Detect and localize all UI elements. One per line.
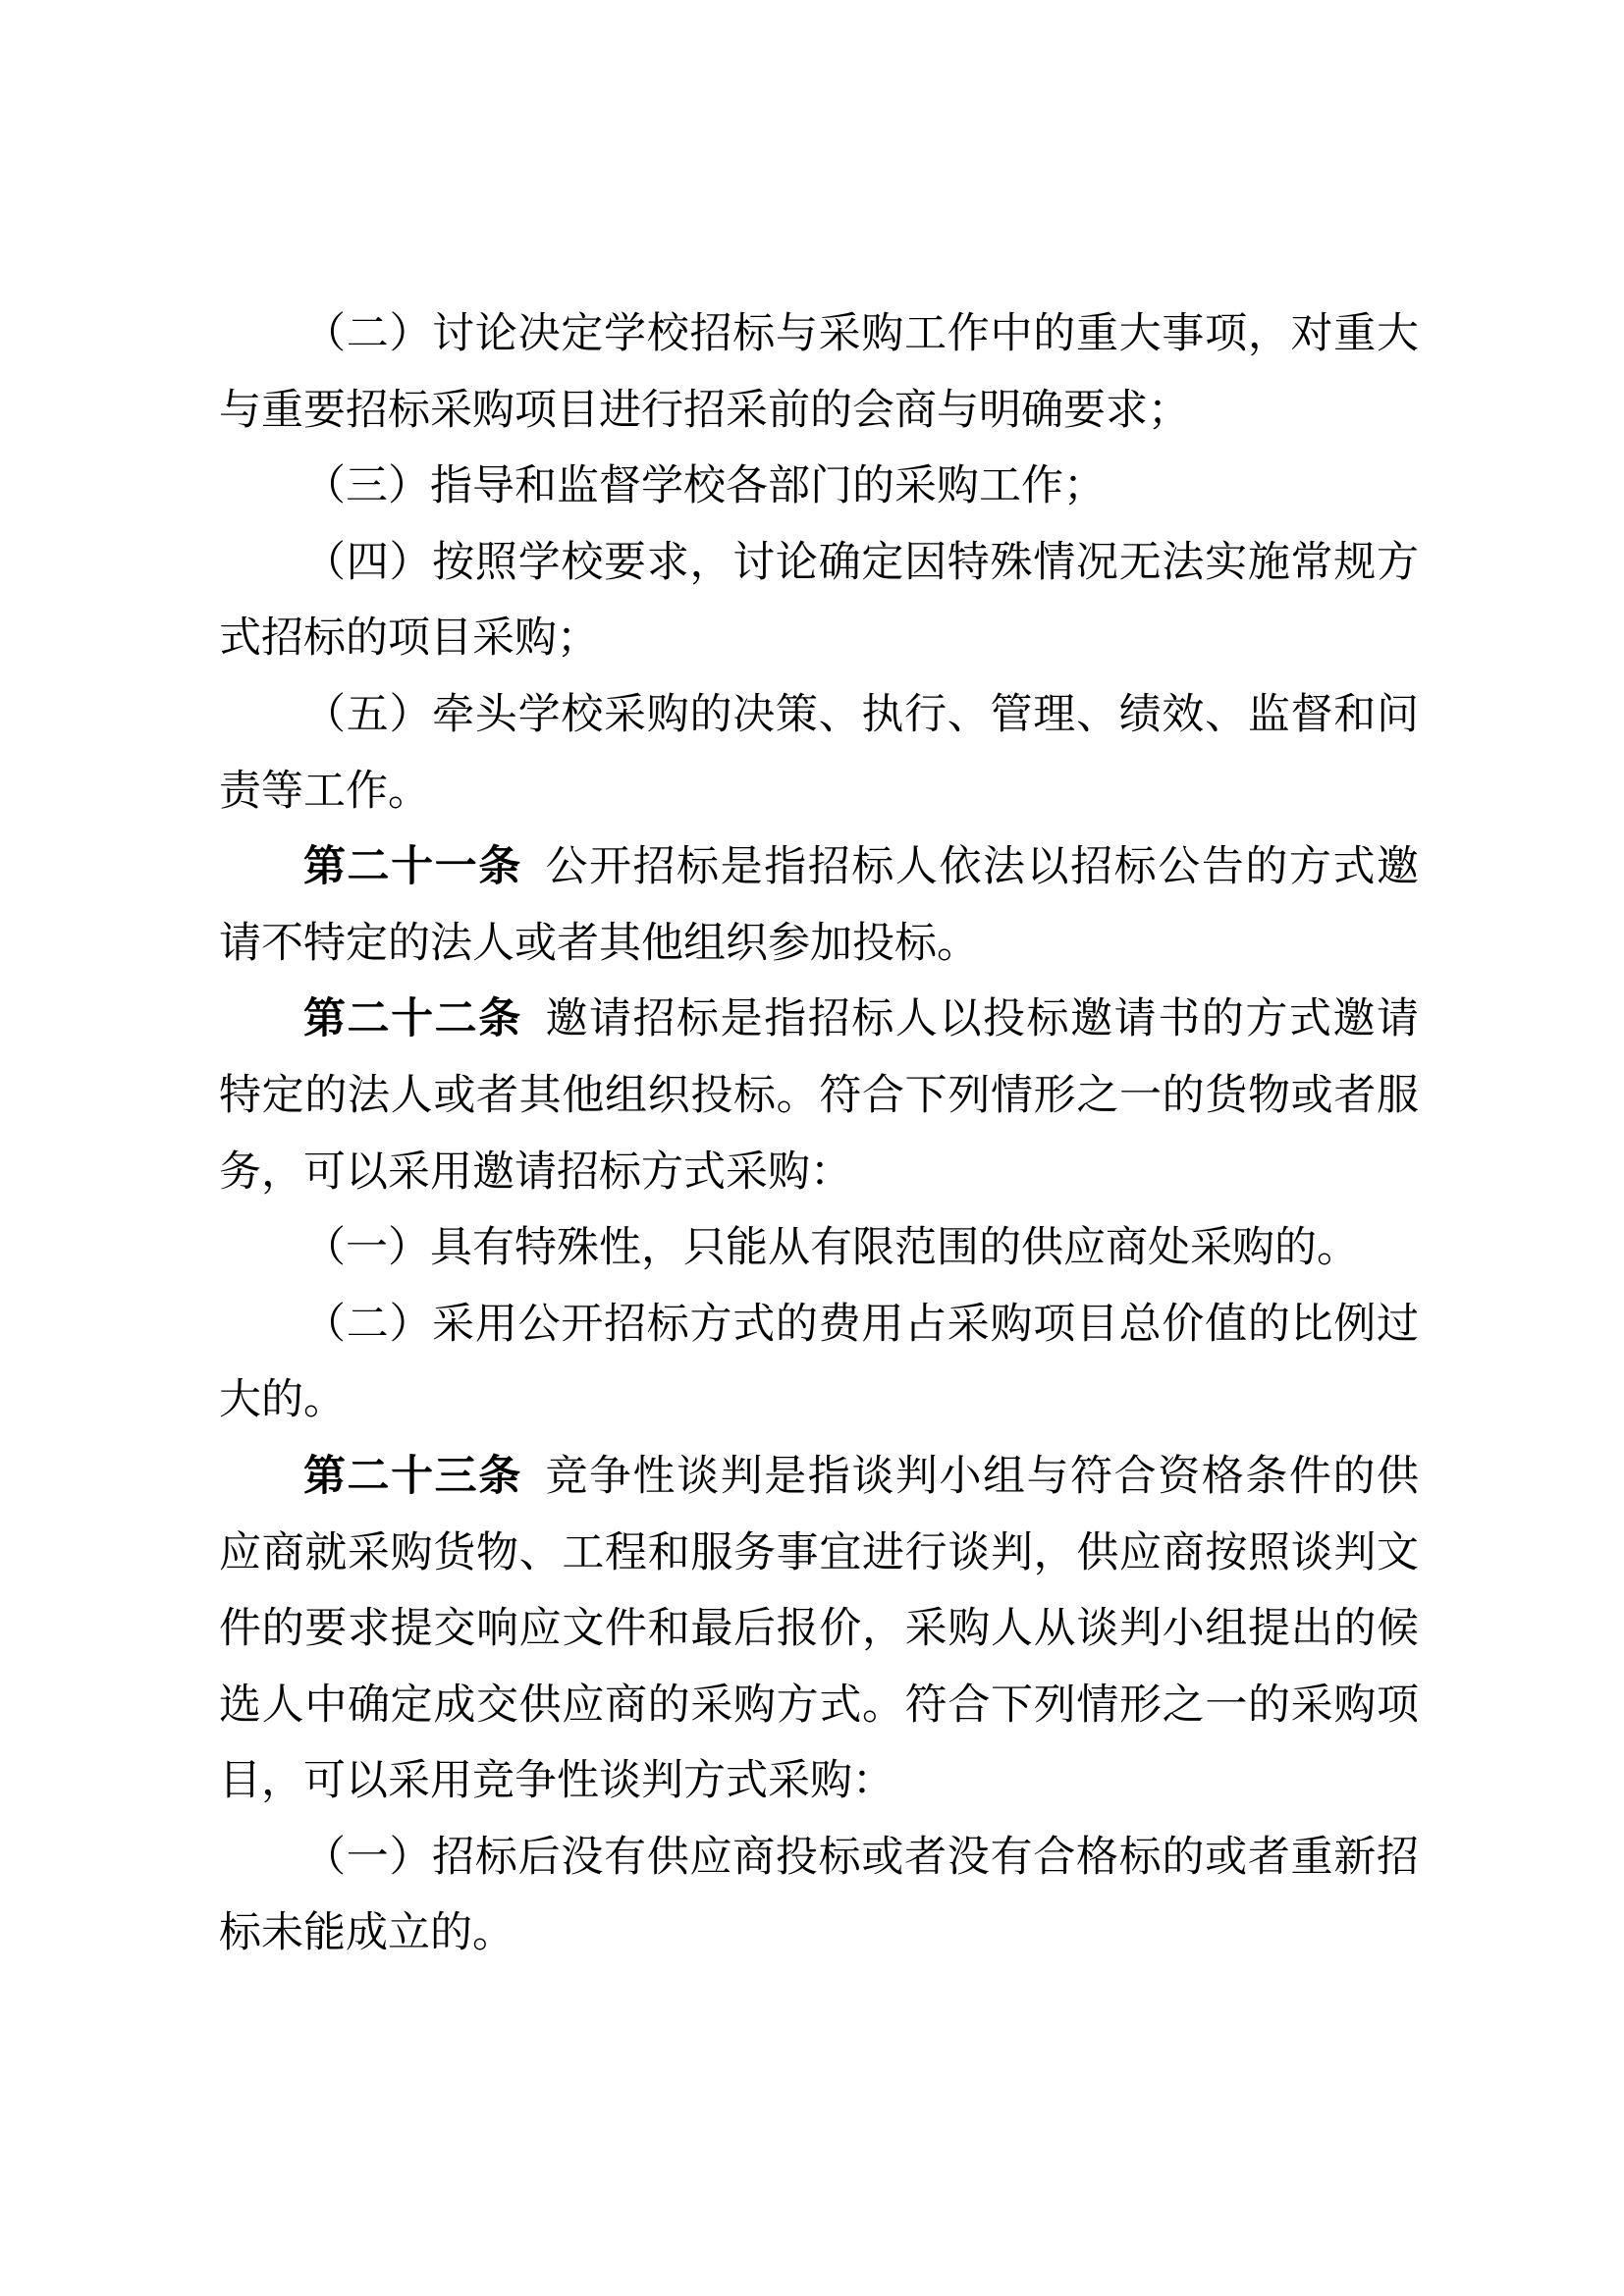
- paragraph: （三）指导和监督学校各部门的采购工作；: [219, 449, 1419, 525]
- paragraph-text: （五）牵头学校采购的决策、执行、管理、绩效、监督和问责等工作。: [219, 692, 1419, 815]
- paragraph: （一）招标后没有供应商投标或者没有合格标的或者重新招标未能成立的。: [219, 1820, 1419, 1972]
- paragraph-text: （二）采用公开招标方式的费用占采购项目总价值的比例过大的。: [219, 1302, 1419, 1424]
- article-number-label: 第二十一条: [303, 844, 522, 890]
- paragraph: （五）牵头学校采购的决策、执行、管理、绩效、监督和问责等工作。: [219, 677, 1419, 829]
- paragraph-text: （三）指导和监督学校各部门的采购工作；: [303, 463, 1106, 509]
- document-page: （二）讨论决定学校招标与采购工作中的重大事项，对重大与重要招标采购项目进行招采前…: [0, 0, 1624, 2296]
- paragraph: 第二十三条竞争性谈判是指谈判小组与符合资格条件的供应商就采购货物、工程和服务事宜…: [219, 1439, 1419, 1820]
- paragraph-text: （一）招标后没有供应商投标或者没有合格标的或者重新招标未能成立的。: [219, 1835, 1419, 1957]
- paragraph: 第二十二条邀请招标是指招标人以投标邀请书的方式邀请特定的法人或者其他组织投标。符…: [219, 982, 1419, 1210]
- article-number-label: 第二十三条: [303, 1454, 522, 1500]
- paragraph-text: 竞争性谈判是指谈判小组与符合资格条件的供应商就采购货物、工程和服务事宜进行谈判，…: [219, 1454, 1419, 1804]
- paragraph-text: （二）讨论决定学校招标与采购工作中的重大事项，对重大与重要招标采购项目进行招采前…: [219, 311, 1419, 434]
- paragraph: （四）按照学校要求，讨论确定因特殊情况无法实施常规方式招标的项目采购；: [219, 525, 1419, 677]
- paragraph: （二）采用公开招标方式的费用占采购项目总价值的比例过大的。: [219, 1287, 1419, 1439]
- paragraph-text: （四）按照学校要求，讨论确定因特殊情况无法实施常规方式招标的项目采购；: [219, 540, 1419, 663]
- paragraph: （二）讨论决定学校招标与采购工作中的重大事项，对重大与重要招标采购项目进行招采前…: [219, 296, 1419, 449]
- paragraph-text: （一）具有特殊性，只能从有限范围的供应商处采购的。: [303, 1225, 1359, 1271]
- paragraph: （一）具有特殊性，只能从有限范围的供应商处采购的。: [219, 1210, 1419, 1287]
- document-body: （二）讨论决定学校招标与采购工作中的重大事项，对重大与重要招标采购项目进行招采前…: [219, 296, 1419, 1972]
- paragraph: 第二十一条公开招标是指招标人依法以招标公告的方式邀请不特定的法人或者其他组织参加…: [219, 829, 1419, 982]
- article-number-label: 第二十二条: [303, 996, 522, 1042]
